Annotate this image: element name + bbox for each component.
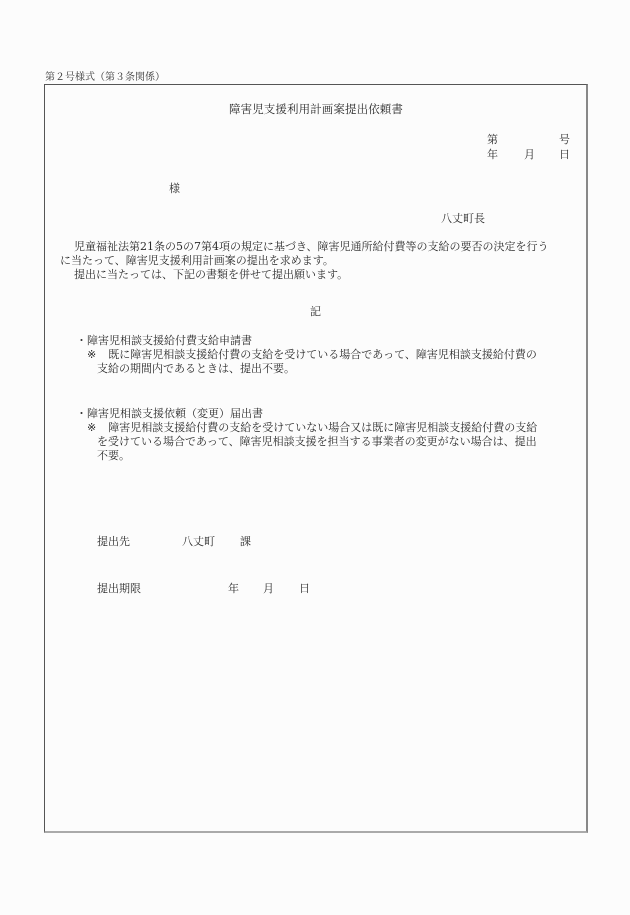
document-number-row: 第 号: [487, 131, 570, 147]
submit-to-town: 八丈町: [182, 533, 215, 549]
deadline-day: 日: [299, 580, 310, 596]
note-continuation: 支給の期間内であるときは、提出不要。: [87, 362, 581, 376]
note-text: 既に障害児相談支援給付費の支給を受けている場合であって、障害児相談支援給付費の: [108, 348, 537, 361]
number-prefix: 第: [487, 131, 498, 147]
note-mark: ※: [87, 421, 96, 434]
required-document-item: ・障害児相談支援依頼（変更）届出書 ※障害児相談支援給付費の支給を受けていない場…: [76, 407, 581, 463]
body-paragraph: 児童福祉法第21条の5の7第4項の規定に基づき、障害児通所給付費等の支給の要否の…: [60, 240, 580, 282]
note-continuation: 不要。: [87, 449, 581, 463]
date-year: 年: [487, 146, 498, 162]
item-note: ※既に障害児相談支援給付費の支給を受けている場合であって、障害児相談支援給付費の…: [76, 348, 581, 376]
note-text: 障害児相談支援給付費の支給を受けていない場合又は既に障害児相談支援給付費の支給: [108, 421, 537, 434]
number-suffix: 号: [559, 131, 570, 147]
issuer-name: 八丈町長: [441, 210, 485, 226]
note-continuation: を受けている場合であって、障害児相談支援を担当する事業者の変更がない場合は、提出: [87, 435, 581, 449]
deadline-month: 月: [263, 580, 274, 596]
ki-heading: 記: [310, 303, 321, 319]
deadline-label: 提出期限: [97, 580, 141, 596]
note-mark: ※: [87, 348, 96, 361]
addressee-suffix: 様: [169, 180, 180, 196]
form-number-label: 第２号様式（第３条関係）: [45, 68, 165, 83]
date-day: 日: [559, 146, 570, 162]
body-line-1: 児童福祉法第21条の5の7第4項の規定に基づき、障害児通所給付費等の支給の要否の…: [60, 240, 580, 254]
date-month: 月: [524, 146, 535, 162]
deadline-year: 年: [228, 580, 239, 596]
item-heading: ・障害児相談支援給付費支給申請書: [76, 334, 581, 348]
item-note: ※障害児相談支援給付費の支給を受けていない場合又は既に障害児相談支援給付費の支給…: [76, 421, 581, 463]
required-document-item: ・障害児相談支援給付費支給申請書 ※既に障害児相談支援給付費の支給を受けている場…: [76, 334, 581, 376]
item-heading: ・障害児相談支援依頼（変更）届出書: [76, 407, 581, 421]
body-line-3: 提出に当たっては、下記の書類を併せて提出願います。: [60, 268, 580, 282]
document-title: 障害児支援利用計画案提出依頼書: [229, 101, 403, 117]
document-date-row: 年 月 日: [487, 146, 570, 162]
submit-to-section: 課: [240, 533, 251, 549]
submit-to-label: 提出先: [97, 533, 130, 549]
body-line-2: に当たって、障害児支援利用計画案の提出を求めます。: [60, 254, 580, 268]
